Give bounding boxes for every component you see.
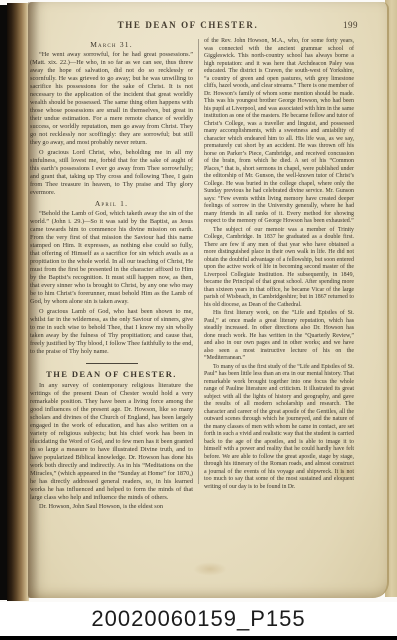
- column-divider: [198, 39, 199, 484]
- scanned-book-page-photo: THE DEAN OF CHESTER. 199 March 31. “He w…: [0, 0, 397, 640]
- bottom-black-border: [0, 636, 397, 640]
- scripture-paragraph: “He went away sorrowful, for he had grea…: [30, 51, 193, 147]
- running-head: THE DEAN OF CHESTER. 199: [30, 20, 360, 33]
- article-paragraph: In any survey of contemporary religious …: [30, 382, 193, 502]
- paper-stain: [193, 562, 227, 576]
- prayer-paragraph: O gracious Lord Christ, who, beholding m…: [30, 149, 193, 197]
- article-paragraph: His first literary work, on the “Life an…: [204, 310, 354, 363]
- two-column-text: March 31. “He went away sorrowful, for h…: [30, 38, 360, 512]
- book-gutter-page-edges: [7, 3, 29, 601]
- archival-code-label: 20020060159_P155: [91, 606, 305, 632]
- book-spine-shadow: [0, 5, 7, 600]
- page-content: THE DEAN OF CHESTER. 199 March 31. “He w…: [30, 20, 360, 512]
- page-number: 199: [343, 20, 358, 30]
- article-heading: THE DEAN OF CHESTER.: [30, 370, 193, 378]
- date-heading-march-31: March 31.: [30, 41, 193, 49]
- archival-footer: 20020060159_P155: [0, 602, 397, 636]
- article-paragraph: Dr. Howson, John Saul Howson, is the eld…: [30, 503, 193, 511]
- article-paragraph: To many of us the first study of the “Li…: [204, 364, 354, 492]
- article-paragraph: of the Rev. John Howson, M.A., who, for …: [204, 38, 354, 226]
- running-header-title: THE DEAN OF CHESTER.: [30, 20, 346, 30]
- prayer-paragraph: O gracious Lamb of God, who hast been sh…: [30, 308, 193, 356]
- right-column: of the Rev. John Howson, M.A., who, for …: [204, 38, 354, 492]
- section-divider-rule: [86, 363, 138, 364]
- date-heading-april-1: April 1.: [30, 200, 193, 208]
- article-paragraph: The subject of our memoir was a member o…: [204, 227, 354, 310]
- left-column: March 31. “He went away sorrowful, for h…: [30, 38, 193, 512]
- photo-background: THE DEAN OF CHESTER. 199 March 31. “He w…: [0, 0, 397, 602]
- scripture-paragraph: “Behold the Lamb of God, which taketh aw…: [30, 210, 193, 306]
- book-page: THE DEAN OF CHESTER. 199 March 31. “He w…: [28, 2, 389, 598]
